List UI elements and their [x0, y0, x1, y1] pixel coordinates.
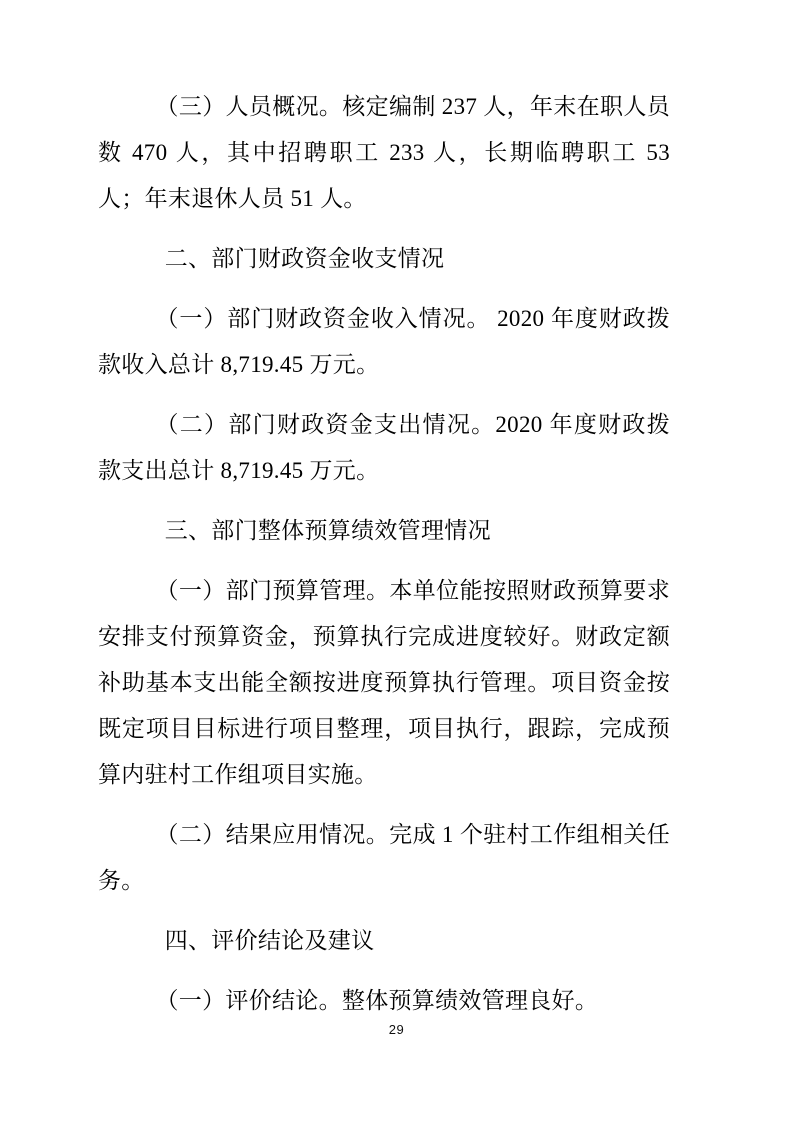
heading-section-4-conclusion: 四、评价结论及建议	[98, 918, 670, 964]
para-personnel-overview: （三）人员概况。核定编制 237 人，年末在职人员数 470 人，其中招聘职工 …	[98, 84, 670, 222]
document-page: （三）人员概况。核定编制 237 人，年末在职人员数 470 人，其中招聘职工 …	[0, 0, 793, 1122]
heading-section-3-budget-performance: 三、部门整体预算绩效管理情况	[98, 508, 670, 554]
para-budget-management: （一）部门预算管理。本单位能按照财政预算要求安排支付预算资金，预算执行完成进度较…	[98, 568, 670, 798]
document-body: （三）人员概况。核定编制 237 人，年末在职人员数 470 人，其中招聘职工 …	[98, 84, 670, 1038]
para-evaluation-conclusion: （一）评价结论。整体预算绩效管理良好。	[98, 978, 670, 1024]
para-fiscal-income: （一）部门财政资金收入情况。 2020 年度财政拨款收入总计 8,719.45 …	[98, 296, 670, 388]
para-result-application: （二）结果应用情况。完成 1 个驻村工作组相关任务。	[98, 812, 670, 904]
para-fiscal-expenditure: （二）部门财政资金支出情况。2020 年度财政拨款支出总计 8,719.45 万…	[98, 402, 670, 494]
page-number: 29	[0, 1022, 793, 1037]
heading-section-2-fiscal-funds: 二、部门财政资金收支情况	[98, 236, 670, 282]
